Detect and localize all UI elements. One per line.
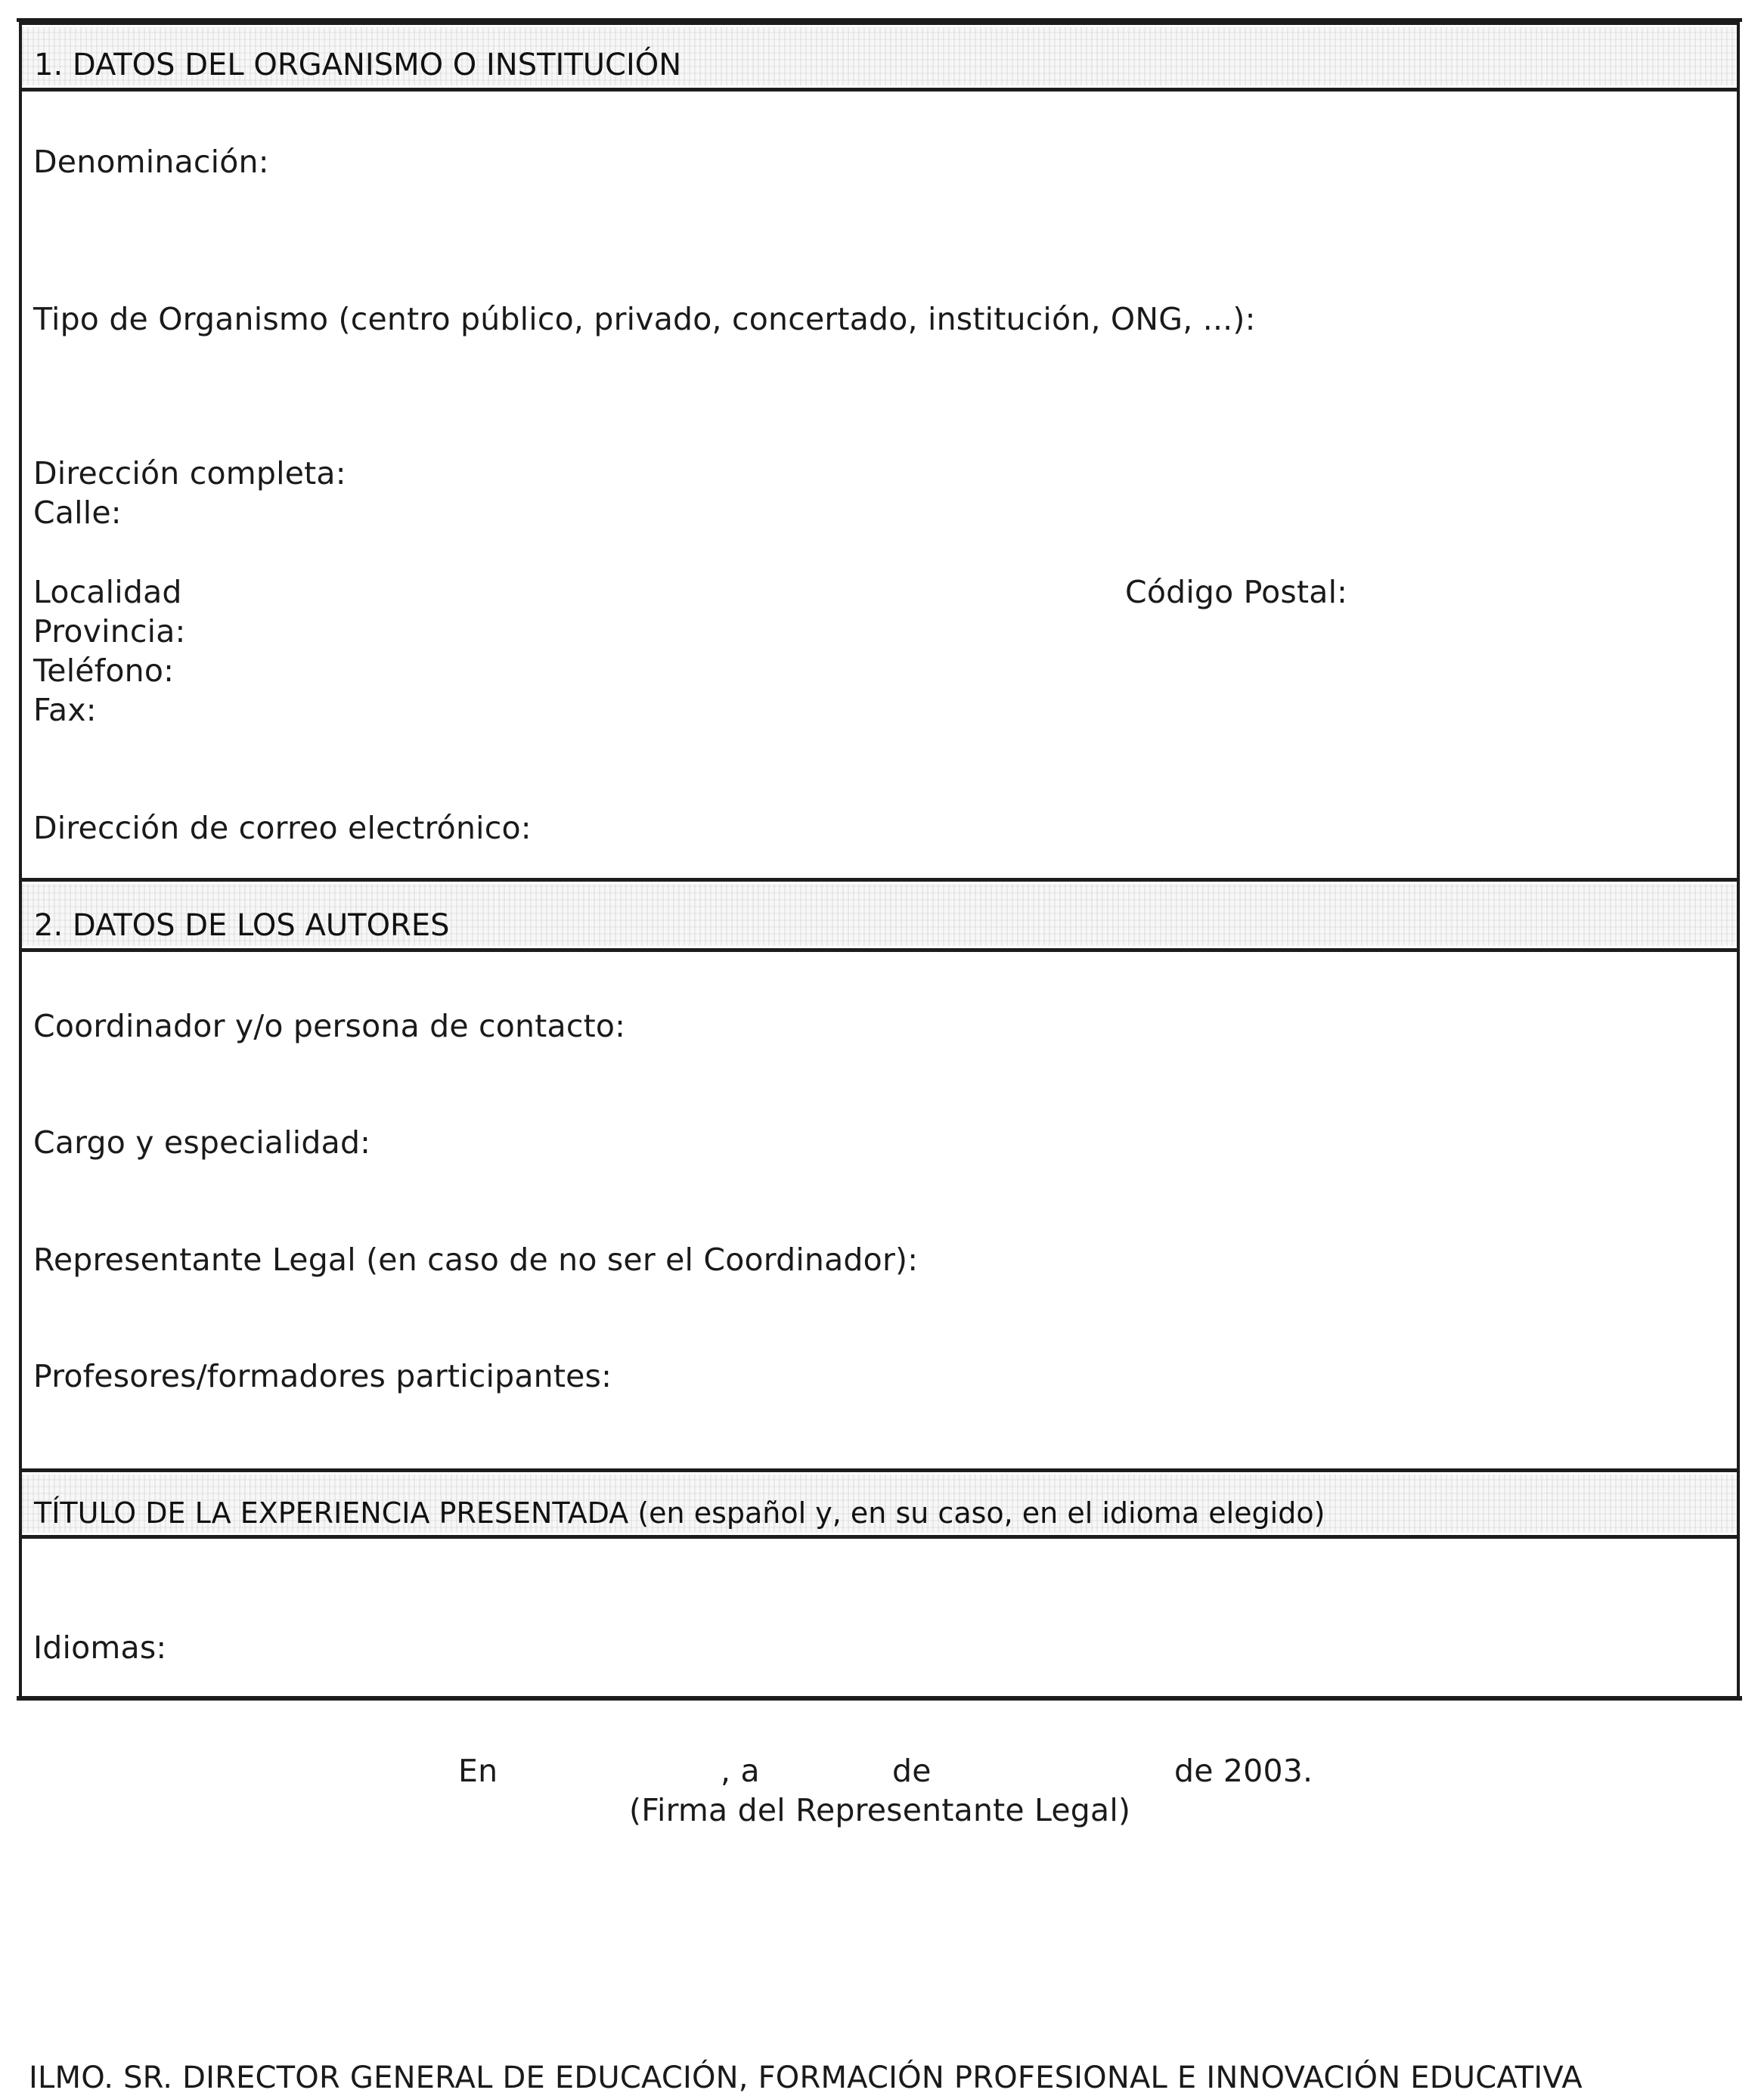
signature-comma-a: , a	[721, 1756, 760, 1787]
field-tipo-organismo[interactable]: Tipo de Organismo (centro público, priva…	[33, 304, 1256, 335]
signature-caption: (Firma del Representante Legal)	[629, 1795, 1130, 1826]
field-calle[interactable]: Calle:	[33, 498, 122, 529]
field-profesores-participantes[interactable]: Profesores/formadores participantes:	[33, 1361, 612, 1392]
field-coordinador[interactable]: Coordinador y/o persona de contacto:	[33, 1011, 625, 1042]
addressee: ILMO. SR. DIRECTOR GENERAL DE EDUCACIÓN,…	[29, 2063, 1583, 2093]
section-3-title: TÍTULO DE LA EXPERIENCIA PRESENTADA (en …	[34, 1499, 1325, 1527]
form-bottom-border	[17, 1696, 1742, 1701]
signature-de: de	[892, 1756, 932, 1787]
signature-en: En	[458, 1756, 498, 1787]
field-provincia[interactable]: Provincia:	[33, 616, 186, 647]
signature-month-blank[interactable]	[945, 1756, 1164, 1789]
field-denominacion[interactable]: Denominación:	[33, 147, 269, 178]
field-representante-legal[interactable]: Representante Legal (en caso de no ser e…	[33, 1245, 918, 1276]
field-direccion-completa: Dirección completa:	[33, 458, 346, 489]
signature-year: de 2003.	[1174, 1756, 1313, 1787]
field-correo-electronico[interactable]: Dirección de correo electrónico:	[33, 813, 532, 844]
section-1-title: 1. DATOS DEL ORGANISMO O INSTITUCIÓN	[34, 50, 681, 80]
field-cargo-especialidad[interactable]: Cargo y especialidad:	[33, 1127, 370, 1158]
field-localidad[interactable]: Localidad	[33, 577, 182, 608]
section-3-header: TÍTULO DE LA EXPERIENCIA PRESENTADA (en …	[19, 1468, 1740, 1539]
field-telefono[interactable]: Teléfono:	[33, 656, 174, 687]
field-codigo-postal[interactable]: Código Postal:	[1125, 577, 1347, 608]
section-2-header: 2. DATOS DE LOS AUTORES	[19, 878, 1740, 952]
field-idiomas[interactable]: Idiomas:	[33, 1633, 166, 1664]
section-1-header: 1. DATOS DEL ORGANISMO O INSTITUCIÓN	[19, 21, 1740, 91]
signature-place-blank[interactable]	[514, 1756, 711, 1789]
section-2-title: 2. DATOS DE LOS AUTORES	[34, 910, 450, 941]
section-3-body	[19, 1539, 1740, 1698]
signature-day-blank[interactable]	[771, 1756, 885, 1789]
field-fax[interactable]: Fax:	[33, 695, 97, 726]
